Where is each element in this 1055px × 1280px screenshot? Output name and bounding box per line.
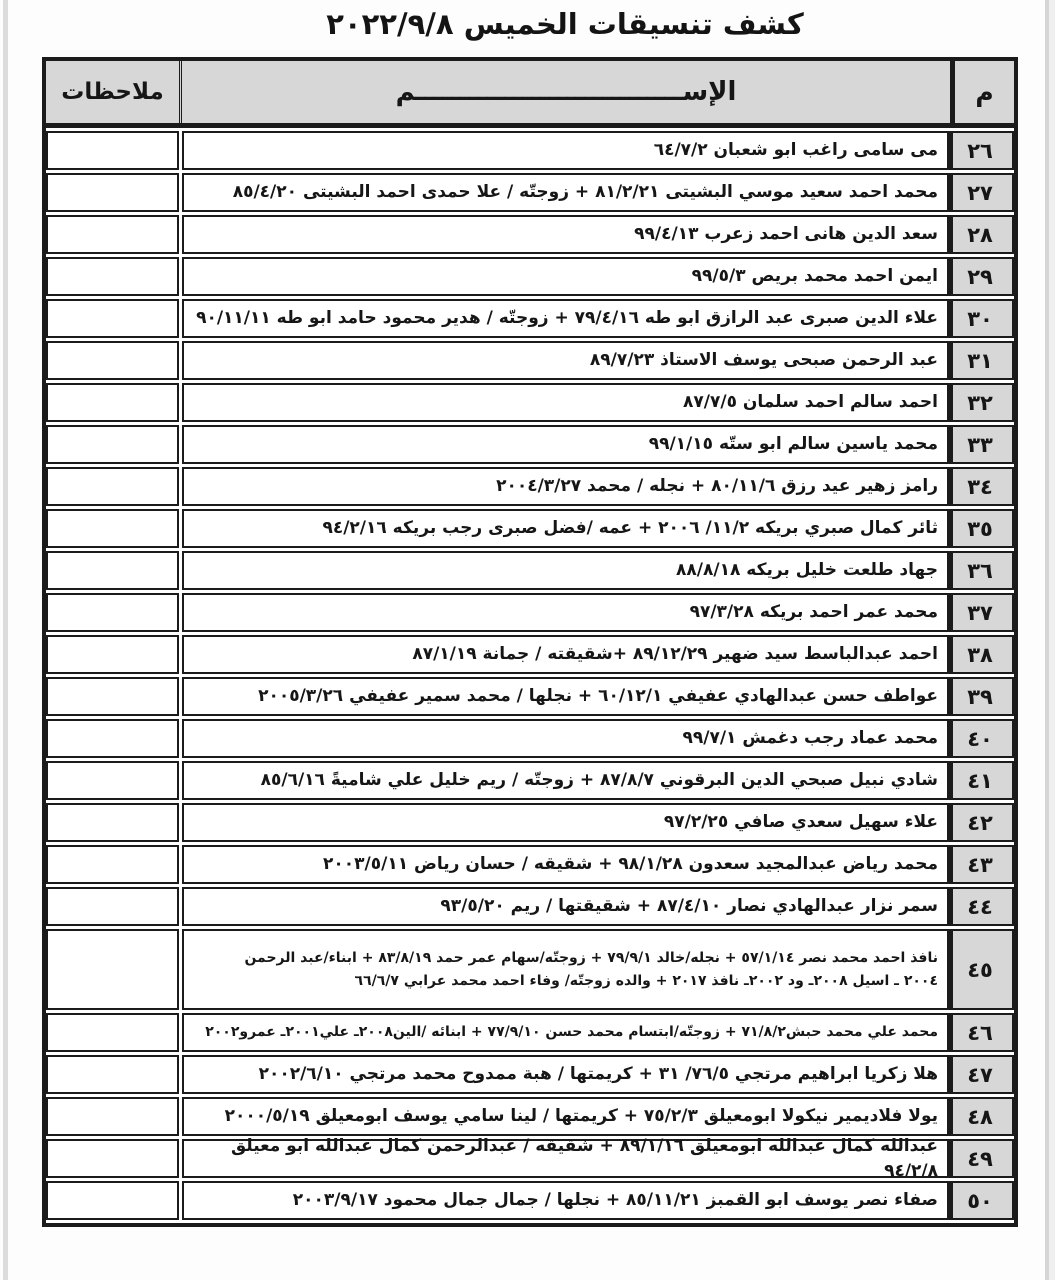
table-row: ٣٩ عواطف حسن عبدالهادي عفيفي ٦٠/١٢/١ + ن… [46,677,1014,716]
row-person-name: رامز زهير عيد رزق ٨٠/١١/٦ + نجله / محمد … [182,467,950,506]
row-person-name: هلا زكريا ابراهيم مرتجي ٧٦/٥/ ٣١ + كريمت… [182,1055,950,1094]
table-row: ٣٠ علاء الدين صبرى عبد الرازق ابو طه ٧٩/… [46,299,1014,338]
row-person-name: نافذ احمد محمد نصر ٥٧/١/١٤ + نجله/خالد ٧… [182,929,950,1010]
table-row: ٢٨ سعد الدين هانى احمد زعرب ٩٩/٤/١٣ [46,215,1014,254]
table-row: ٤٤ سمر نزار عبدالهادي نصار ٨٧/٤/١٠ + شقي… [46,887,1014,926]
table-row: ٣٥ ثائر كمال صبري بريكه ١١/٢/ ٢٠٠٦ + عمه… [46,509,1014,548]
row-notes-empty [46,887,179,926]
row-notes-empty [46,257,179,296]
row-person-name: محمد ياسين سالم ابو ستّه ٩٩/١/١٥ [182,425,950,464]
row-serial-number: ٤٨ [950,1097,1014,1136]
row-notes-empty [46,1181,179,1220]
row-person-name: عبد الرحمن صبحى يوسف الاستاذ ٨٩/٧/٢٣ [182,341,950,380]
row-notes-empty [46,845,179,884]
row-serial-number: ٤٤ [950,887,1014,926]
row-person-name: محمد احمد سعيد موسي البشيتى ٨١/٢/٢١ + زو… [182,173,950,212]
table-row: ٣١ عبد الرحمن صبحى يوسف الاستاذ ٨٩/٧/٢٣ [46,341,1014,380]
row-notes-empty [46,761,179,800]
table-row: ٣٢ احمد سالم احمد سلمان ٨٧/٧/٥ [46,383,1014,422]
row-notes-empty [46,383,179,422]
row-notes-empty [46,509,179,548]
row-serial-number: ٤٥ [950,929,1014,1010]
row-serial-number: ٢٨ [950,215,1014,254]
row-notes-empty [46,803,179,842]
row-notes-empty [46,677,179,716]
row-person-name: احمد سالم احمد سلمان ٨٧/٧/٥ [182,383,950,422]
table-row: ٣٦ جهاد طلعت خليل بريكه ٨٨/٨/١٨ [46,551,1014,590]
row-serial-number: ٤٦ [950,1013,1014,1052]
scan-edge-soft [1049,0,1055,1280]
table-row: ٤٧ هلا زكريا ابراهيم مرتجي ٧٦/٥/ ٣١ + كر… [46,1055,1014,1094]
row-notes-empty [46,635,179,674]
table-row: ٣٤ رامز زهير عيد رزق ٨٠/١١/٦ + نجله / مح… [46,467,1014,506]
table-row: ٤٩ عبدالله كمال عبدالله ابومعيلق ٨٩/١/١٦… [46,1139,1014,1178]
row-person-name: سمر نزار عبدالهادي نصار ٨٧/٤/١٠ + شقيقته… [182,887,950,926]
row-serial-number: ٤٩ [950,1139,1014,1178]
table-row: ٤٢ علاء سهيل سعدي صافي ٩٧/٢/٢٥ [46,803,1014,842]
header-notes: ملاحظات [46,61,179,123]
row-person-name: ايمن احمد محمد بريص ٩٩/٥/٣ [182,257,950,296]
row-notes-empty [46,1055,179,1094]
header-serial: م [950,61,1014,123]
row-person-name: محمد علي محمد حبش٧١/٨/٢ + زوجتّه/ابتسام … [182,1013,950,1052]
table-row: ٤٠ محمد عماد رجب دغمش ٩٩/٧/١ [46,719,1014,758]
row-serial-number: ٣٢ [950,383,1014,422]
row-serial-number: ٢٦ [950,131,1014,170]
row-person-name: يولا فلاديمير نيكولا ابومعيلق ٧٥/٢/٣ + ك… [182,1097,950,1136]
row-serial-number: ٤١ [950,761,1014,800]
row-notes-empty [46,593,179,632]
row-serial-number: ٣٨ [950,635,1014,674]
row-person-name: احمد عبدالباسط سيد ضهير ٨٩/١٢/٢٩ +شقيقته… [182,635,950,674]
table-header-row: م الإســــــــــــــــــــــــــــــم مل… [46,61,1014,128]
row-serial-number: ٣٥ [950,509,1014,548]
table-row: ٤٥ نافذ احمد محمد نصر ٥٧/١/١٤ + نجله/خال… [46,929,1014,1010]
table-row: ٢٧ محمد احمد سعيد موسي البشيتى ٨١/٢/٢١ +… [46,173,1014,212]
table-row: ٤٣ محمد رياض عبدالمجيد سعدون ٩٨/١/٢٨ + ش… [46,845,1014,884]
row-person-name: محمد عماد رجب دغمش ٩٩/٧/١ [182,719,950,758]
row-person-name: مى سامى راغب ابو شعبان ٦٤/٧/٢ [182,131,950,170]
row-serial-number: ٤٧ [950,1055,1014,1094]
row-serial-number: ٣٦ [950,551,1014,590]
row-notes-empty [46,215,179,254]
row-serial-number: ٣٩ [950,677,1014,716]
table-row: ٢٩ ايمن احمد محمد بريص ٩٩/٥/٣ [46,257,1014,296]
coordination-table: م الإســــــــــــــــــــــــــــــم مل… [42,57,1018,1227]
row-notes-empty [46,341,179,380]
row-serial-number: ٢٧ [950,173,1014,212]
row-person-name: جهاد طلعت خليل بريكه ٨٨/٨/١٨ [182,551,950,590]
row-serial-number: ٤٠ [950,719,1014,758]
scan-edge-left [3,0,8,1280]
row-notes-empty [46,299,179,338]
table-row: ٤٨ يولا فلاديمير نيكولا ابومعيلق ٧٥/٢/٣ … [46,1097,1014,1136]
row-serial-number: ٥٠ [950,1181,1014,1220]
row-person-name: ثائر كمال صبري بريكه ١١/٢/ ٢٠٠٦ + عمه /ف… [182,509,950,548]
table-row: ٢٦ مى سامى راغب ابو شعبان ٦٤/٧/٢ [46,131,1014,170]
table-body: ٢٦ مى سامى راغب ابو شعبان ٦٤/٧/٢ ٢٧ محمد… [46,128,1014,1223]
row-notes-empty [46,551,179,590]
row-notes-empty [46,467,179,506]
row-serial-number: ٣٧ [950,593,1014,632]
table-row: ٤١ شادي نبيل صبحي الدين البرقوني ٨٧/٨/٧ … [46,761,1014,800]
table-row: ٤٦ محمد علي محمد حبش٧١/٨/٢ + زوجتّه/ابتس… [46,1013,1014,1052]
row-person-name: علاء سهيل سعدي صافي ٩٧/٢/٢٥ [182,803,950,842]
row-person-name: علاء الدين صبرى عبد الرازق ابو طه ٧٩/٤/١… [182,299,950,338]
row-person-name: سعد الدين هانى احمد زعرب ٩٩/٤/١٣ [182,215,950,254]
row-notes-empty [46,131,179,170]
row-serial-number: ٣٠ [950,299,1014,338]
row-serial-number: ٣١ [950,341,1014,380]
row-notes-empty [46,1097,179,1136]
row-notes-empty [46,173,179,212]
row-serial-number: ٤٢ [950,803,1014,842]
row-notes-empty [46,425,179,464]
row-person-name: شادي نبيل صبحي الدين البرقوني ٨٧/٨/٧ + ز… [182,761,950,800]
header-name: الإســــــــــــــــــــــــــــــم [179,61,950,123]
page-title: كشف تنسيقات الخميس ٢٠٢٢/٩/٨ [75,7,1055,41]
table-row: ٣٨ احمد عبدالباسط سيد ضهير ٨٩/١٢/٢٩ +شقي… [46,635,1014,674]
row-notes-empty [46,1013,179,1052]
row-serial-number: ٤٣ [950,845,1014,884]
row-notes-empty [46,929,179,1010]
row-person-name: صفاء نصر يوسف ابو القمبز ٨٥/١١/٢١ + نجله… [182,1181,950,1220]
row-person-name: محمد رياض عبدالمجيد سعدون ٩٨/١/٢٨ + شقيق… [182,845,950,884]
row-person-name: عبدالله كمال عبدالله ابومعيلق ٨٩/١/١٦ + … [182,1139,950,1178]
row-person-name: عواطف حسن عبدالهادي عفيفي ٦٠/١٢/١ + نجله… [182,677,950,716]
table-row: ٣٣ محمد ياسين سالم ابو ستّه ٩٩/١/١٥ [46,425,1014,464]
table-row: ٥٠ صفاء نصر يوسف ابو القمبز ٨٥/١١/٢١ + ن… [46,1181,1014,1220]
row-serial-number: ٢٩ [950,257,1014,296]
row-notes-empty [46,1139,179,1178]
table-row: ٣٧ محمد عمر احمد بريكه ٩٧/٣/٢٨ [46,593,1014,632]
row-serial-number: ٣٣ [950,425,1014,464]
row-notes-empty [46,719,179,758]
row-person-name: محمد عمر احمد بريكه ٩٧/٣/٢٨ [182,593,950,632]
row-serial-number: ٣٤ [950,467,1014,506]
